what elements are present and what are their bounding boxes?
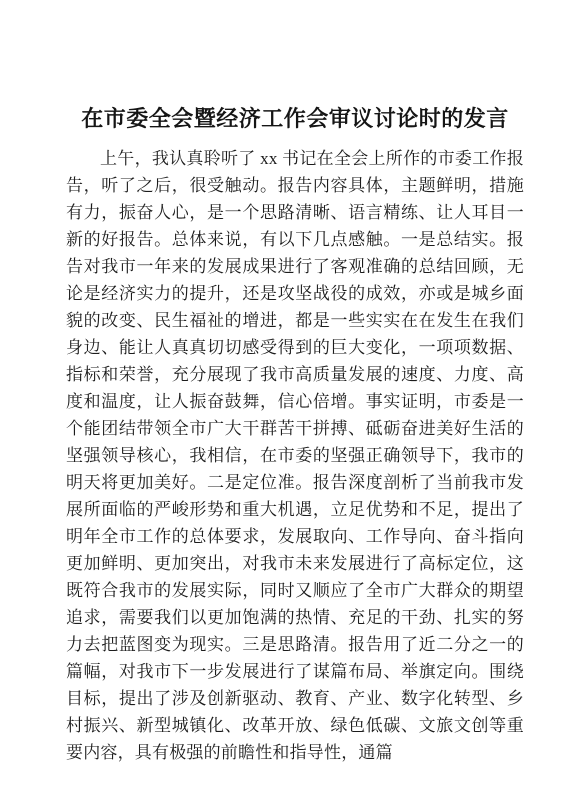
document-title: 在市委全会暨经济工作会审议讨论时的发言 (66, 106, 524, 132)
document-page: 在市委全会暨经济工作会审议讨论时的发言 上午，我认真聆听了 xx 书记在全会上所… (0, 0, 570, 807)
document-paragraph: 上午，我认真聆听了 xx 书记在全会上所作的市委工作报告，听了之后，很受触动。报… (66, 145, 524, 766)
